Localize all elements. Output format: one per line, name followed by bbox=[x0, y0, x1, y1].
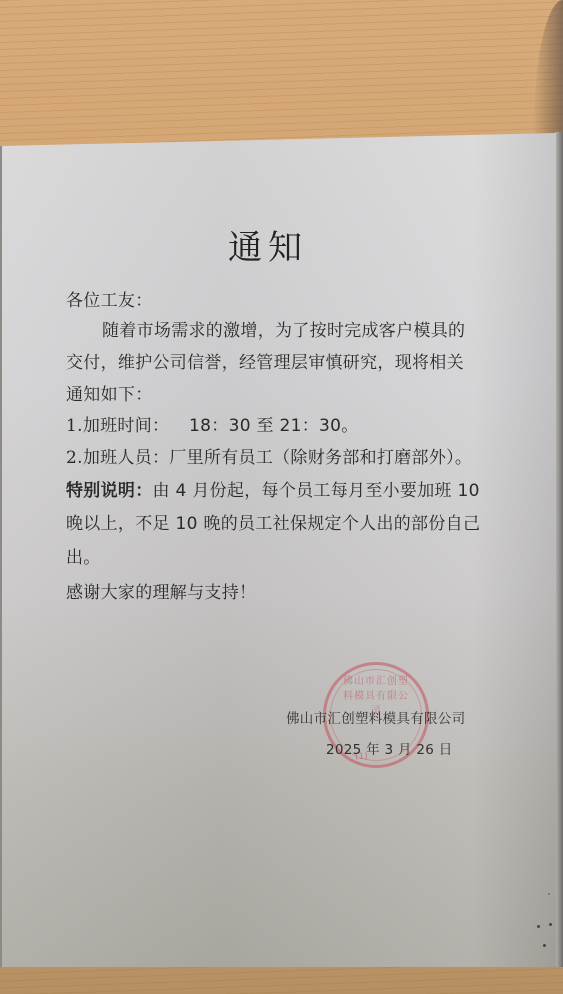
special-note-label: 特别说明： bbox=[66, 481, 153, 501]
body-line-3: 通知如下： bbox=[66, 380, 153, 405]
paper-speck bbox=[548, 893, 550, 895]
signature-date: 2025 年 3 月 26 日 bbox=[326, 738, 453, 758]
paper-speck bbox=[537, 925, 540, 928]
item-overtime-staff-label: 2.加班人员： bbox=[66, 448, 169, 468]
body-line-1: 随着市场需求的激增，为了按时完成客户模具的 bbox=[102, 316, 465, 341]
signature-company: 佛山市汇创塑料模具有限公司 bbox=[286, 707, 465, 727]
paper-right-edge bbox=[555, 132, 563, 967]
item-overtime-time: 1.加班时间： 18：30 至 21：30。 bbox=[66, 411, 359, 436]
item-overtime-time-label: 1.加班时间： bbox=[66, 416, 169, 436]
paper-speck bbox=[543, 944, 546, 947]
special-note-line-3: 出。 bbox=[66, 543, 101, 568]
special-note-line-1: 特别说明：由 4 月份起，每个员工每月至小要加班 10 bbox=[66, 476, 480, 501]
item-overtime-staff: 2.加班人员：厂里所有员工（除财务部和打磨部外）。 bbox=[66, 443, 472, 468]
closing-thanks: 感谢大家的理解与支持！ bbox=[66, 578, 256, 603]
paper-speck bbox=[549, 923, 552, 926]
special-note-text-1: 由 4 月份起，每个员工每月至小要加班 10 bbox=[153, 481, 480, 501]
greeting: 各位工友： bbox=[66, 286, 153, 311]
body-line-2: 交付，维护公司信誉，经管理层审慎研究，现将相关 bbox=[66, 348, 464, 373]
notice-title: 通知 bbox=[228, 220, 308, 269]
item-overtime-staff-value: 厂里所有员工（除财务部和打磨部外）。 bbox=[169, 448, 472, 468]
item-overtime-time-value: 18：30 至 21：30。 bbox=[189, 416, 359, 436]
special-note-line-2: 晚以上，不足 10 晚的员工社保规定个人出的部份自己 bbox=[66, 509, 480, 534]
